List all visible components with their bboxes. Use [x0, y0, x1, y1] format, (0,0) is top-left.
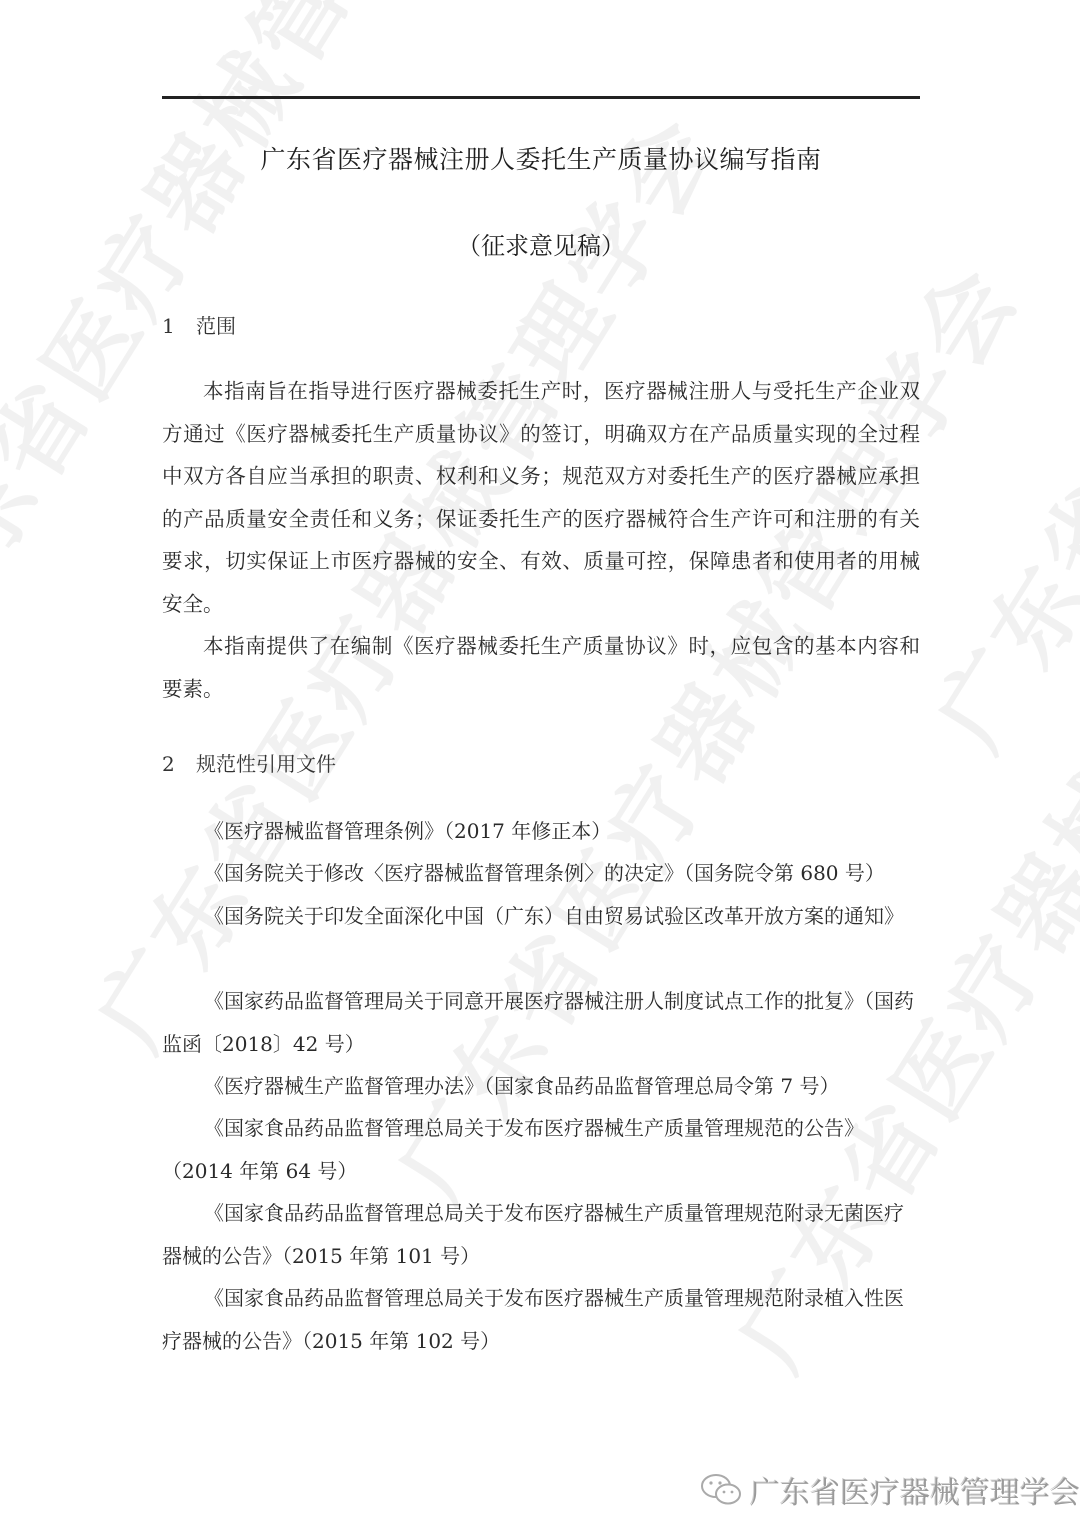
document-subtitle: （征求意见稿） — [162, 226, 920, 261]
watermark-text: 广东省医疗器械管理学会 — [900, 0, 1080, 770]
reference-item: 《国家食品药品监督管理总局关于发布医疗器械生产质量管理规范的公告》（2014 年… — [162, 1107, 920, 1193]
header-rule — [162, 96, 920, 99]
section-number: 2 — [162, 752, 196, 776]
reference-item: 《国务院关于修改〈医疗器械监督管理条例〉的决定》（国务院令第 680 号） — [162, 852, 920, 895]
section-heading-scope: 1范围 — [162, 310, 236, 339]
document-title: 广东省医疗器械注册人委托生产质量协议编写指南 — [162, 140, 920, 176]
reference-item: 《国家药品监督管理局关于同意开展医疗器械注册人制度试点工作的批复》（国药监函〔2… — [162, 980, 920, 1066]
scope-paragraph-1: 本指南旨在指导进行医疗器械委托生产时，医疗器械注册人与受托生产企业双方通过《医疗… — [162, 370, 920, 625]
section-title: 规范性引用文件 — [196, 752, 336, 776]
wechat-icon — [700, 1473, 744, 1507]
section-number: 1 — [162, 314, 196, 338]
reference-item: 《医疗器械生产监督管理办法》（国家食品药品监督管理总局令第 7 号） — [162, 1065, 920, 1108]
reference-item: 《国务院关于印发全面深化中国（广东）自由贸易试验区改革开放方案的通知》 — [162, 895, 920, 938]
reference-item: 《国家食品药品监督管理总局关于发布医疗器械生产质量管理规范附录无菌医疗器械的公告… — [162, 1192, 920, 1278]
scope-paragraph-2: 本指南提供了在编制《医疗器械委托生产质量协议》时，应包含的基本内容和要素。 — [162, 625, 920, 710]
reference-item: 《医疗器械监督管理条例》（2017 年修正本） — [162, 810, 920, 853]
footer-brand-name: 广东省医疗器械管理学会 — [750, 1468, 1080, 1512]
section-heading-references: 2规范性引用文件 — [162, 748, 336, 777]
section-title: 范围 — [196, 314, 236, 338]
footer-brand: 广东省医疗器械管理学会 — [700, 1468, 1080, 1512]
reference-item: 《国家食品药品监督管理总局关于发布医疗器械生产质量管理规范附录植入性医疗器械的公… — [162, 1277, 920, 1363]
